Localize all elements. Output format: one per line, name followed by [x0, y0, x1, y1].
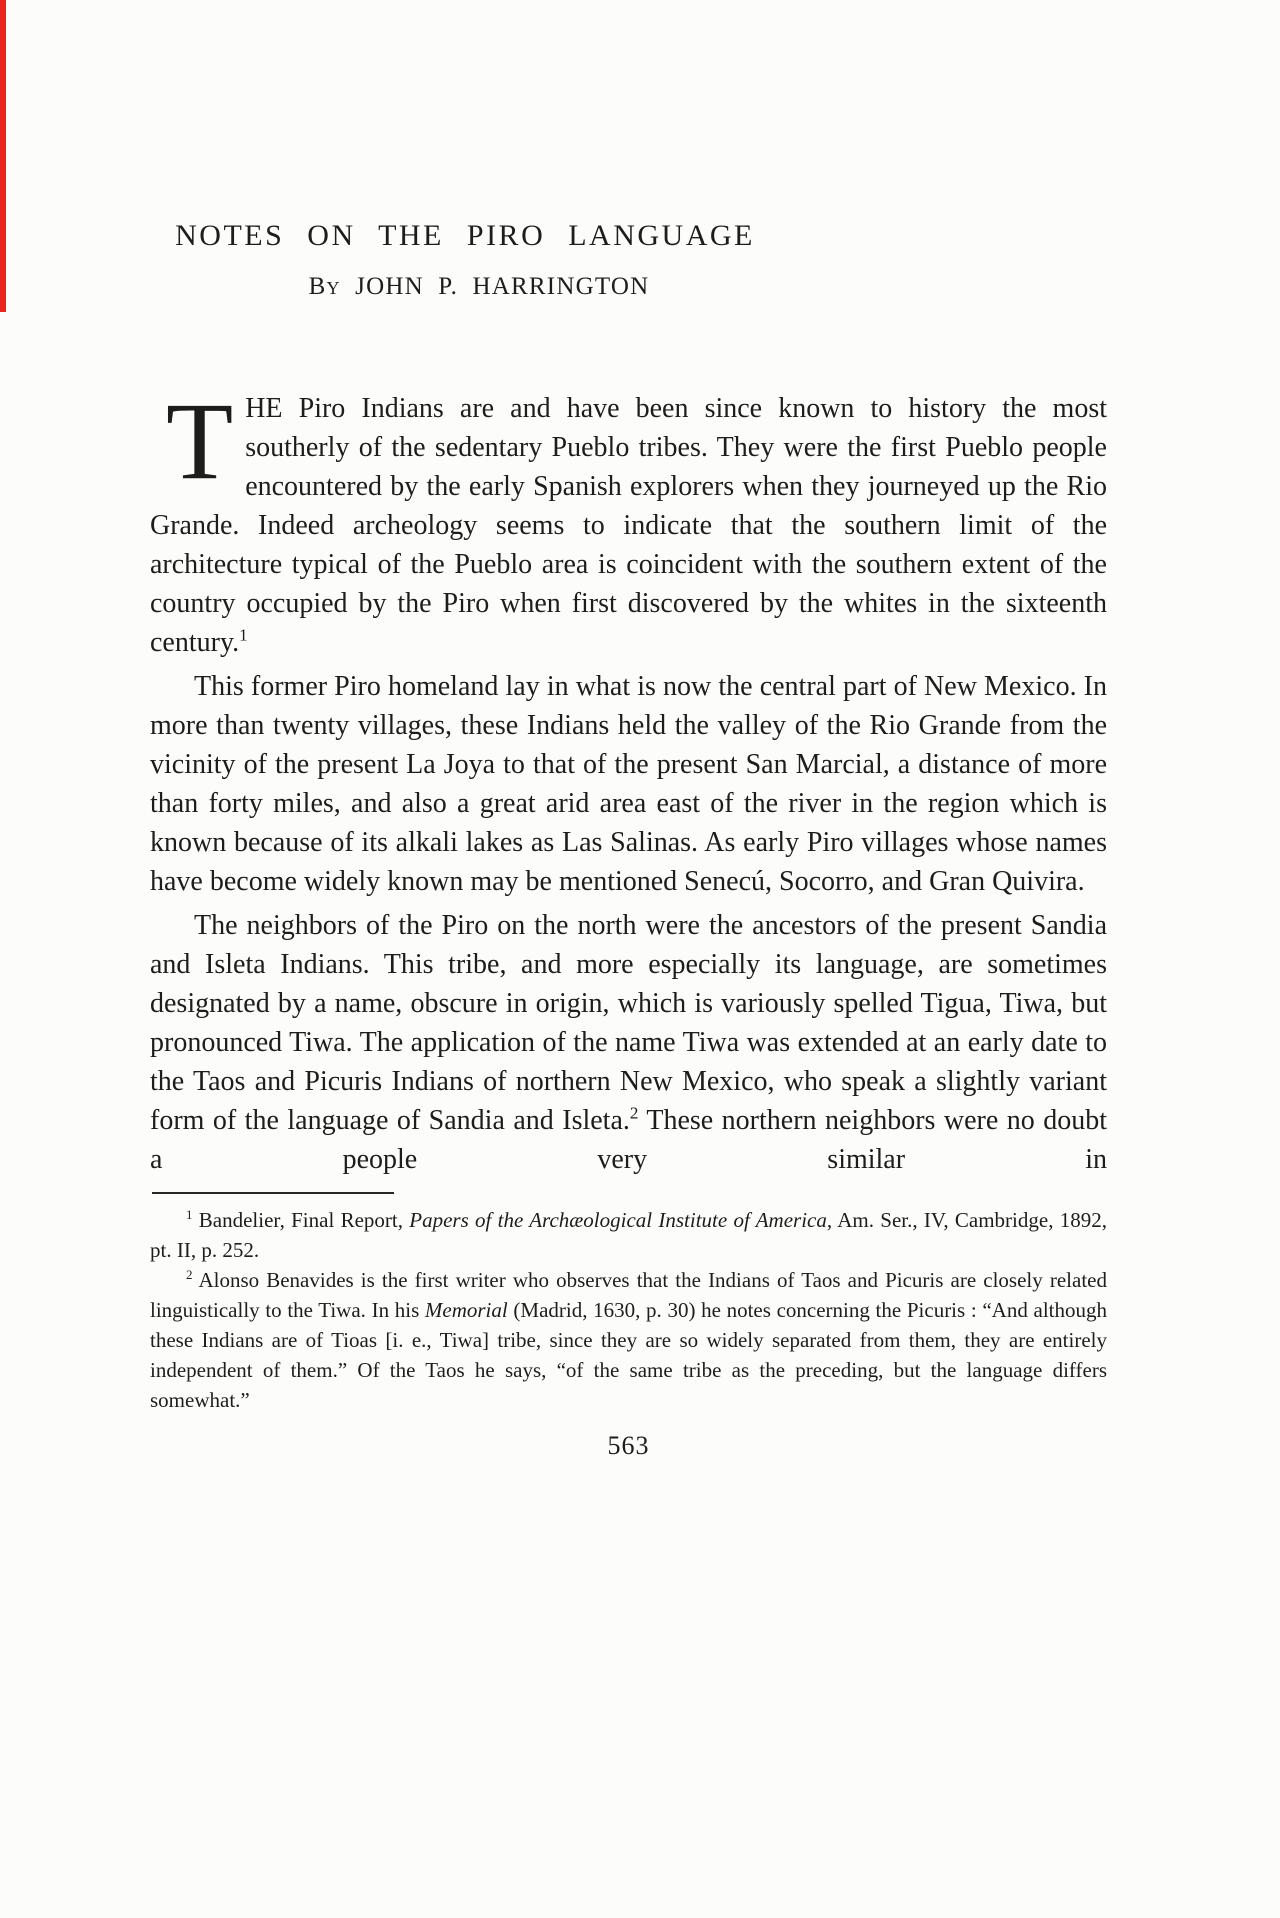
- footnote-ref-1: 1: [239, 626, 248, 645]
- page-number: 563: [150, 1431, 1107, 1461]
- scanned-paper-page: NOTES ON THE PIRO LANGUAGE By JOHN P. HA…: [0, 0, 1280, 1918]
- byline-author: JOHN P. HARRINGTON: [355, 273, 649, 300]
- footnote-1-text: Bandelier, Final Report,: [193, 1208, 410, 1232]
- paragraph-homeland-text: This former Piro homeland lay in what is…: [150, 671, 1107, 897]
- paragraph-neighbors-text: The neighbors of the Piro on the north w…: [150, 910, 1107, 1136]
- article-title: NOTES ON THE PIRO LANGUAGE: [175, 219, 755, 253]
- dropcap-letter: T: [166, 391, 233, 503]
- byline-prefix: By: [309, 273, 341, 300]
- footnote-1-citation-title: Papers of the Archæological Institute of…: [409, 1208, 827, 1232]
- article-byline: By JOHN P. HARRINGTON: [309, 273, 650, 301]
- footnote-1: 1 Bandelier, Final Report, Papers of the…: [150, 1205, 1107, 1265]
- footnote-2-citation-title: Memorial: [425, 1298, 508, 1322]
- footnote-2: 2 Alonso Benavides is the first writer w…: [150, 1265, 1107, 1415]
- article-body: THE Piro Indians are and have been since…: [150, 389, 1107, 1461]
- paragraph-homeland: This former Piro homeland lay in what is…: [150, 667, 1107, 901]
- paragraph-opening: THE Piro Indians are and have been since…: [150, 389, 1107, 662]
- scan-red-edge-mark: [0, 0, 6, 312]
- footnote-separator-rule: [152, 1192, 394, 1194]
- paragraph-opening-text: HE Piro Indians are and have been since …: [150, 393, 1107, 658]
- footnotes-section: 1 Bandelier, Final Report, Papers of the…: [150, 1205, 1107, 1415]
- paragraph-neighbors: The neighbors of the Piro on the north w…: [150, 906, 1107, 1179]
